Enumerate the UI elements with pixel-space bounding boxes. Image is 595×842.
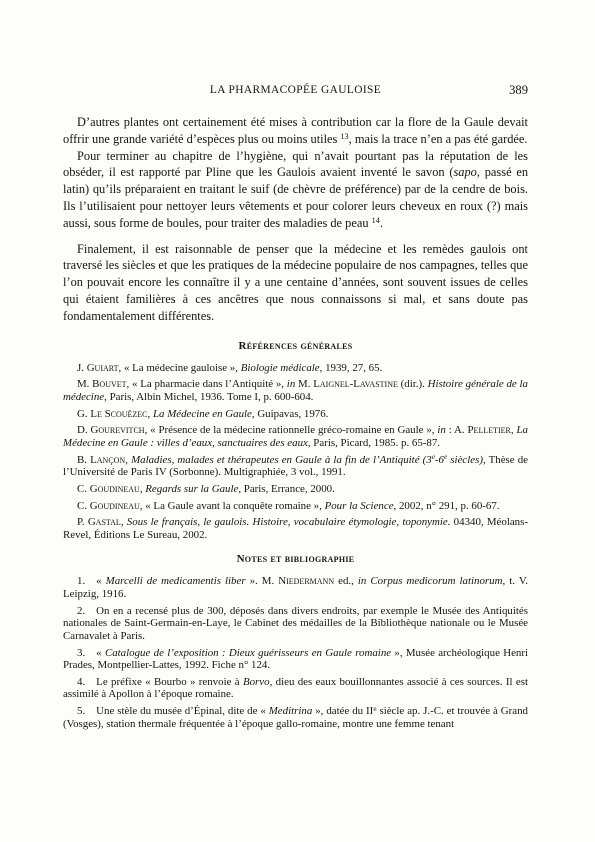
page-number: 389 [509,83,528,97]
reference-entry-7: C. Goudineau, « La Gaule avant la conquê… [63,500,528,513]
references-section: Références générales J. Guiart, « La méd… [63,340,528,542]
note-entry-3: 3.« Catalogue de l’exposition : Dieux gu… [63,647,528,672]
references-list: J. Guiart, « La médecine gauloise », Bio… [63,362,528,542]
references-heading: Références générales [63,340,528,353]
body-paragraph-1: D’autres plantes ont certainement été mi… [63,114,528,148]
page-body: D’autres plantes ont certainement été mi… [63,114,528,730]
notes-list: 1.« Marcelli de medicamentis liber ». M.… [63,575,528,730]
note-entry-2: 2.On en a recensé plus de 300, déposés d… [63,605,528,643]
reference-entry-3: G. Le Scouëzec, La Médecine en Gaule, Gu… [63,408,528,421]
page-header: LA PHARMACOPÉE GAULOISE 389 [63,83,528,97]
reference-entry-6: C. Goudineau, Regards sur la Gaule, Pari… [63,483,528,496]
reference-entry-2: M. Bouvet, « La pharmacie dans l’Antiqui… [63,378,528,403]
notes-section: Notes et bibliographie 1.« Marcelli de m… [63,553,528,730]
body-paragraphs: D’autres plantes ont certainement été mi… [63,114,528,325]
reference-entry-4: D. Gourevitch, « Présence de la médecine… [63,424,528,449]
running-title: LA PHARMACOPÉE GAULOISE [63,83,528,97]
reference-entry-5: B. Lançon, Maladies, malades et thérapeu… [63,454,528,479]
reference-entry-8: P. Gastal, Sous le français, le gaulois.… [63,516,528,541]
body-paragraph-3: Finalement, il est raisonnable de penser… [63,241,528,325]
notes-heading: Notes et bibliographie [63,553,528,566]
note-entry-1: 1.« Marcelli de medicamentis liber ». M.… [63,575,528,600]
document-page: LA PHARMACOPÉE GAULOISE 389 D’autres pla… [0,0,595,842]
reference-entry-1: J. Guiart, « La médecine gauloise », Bio… [63,362,528,375]
note-entry-4: 4.Le préfixe « Bourbo » renvoie à Borvo,… [63,676,528,701]
note-entry-5: 5.Une stèle du musée d’Épinal, dite de «… [63,705,528,730]
body-paragraph-2: Pour terminer au chapitre de l’hygiène, … [63,148,528,232]
